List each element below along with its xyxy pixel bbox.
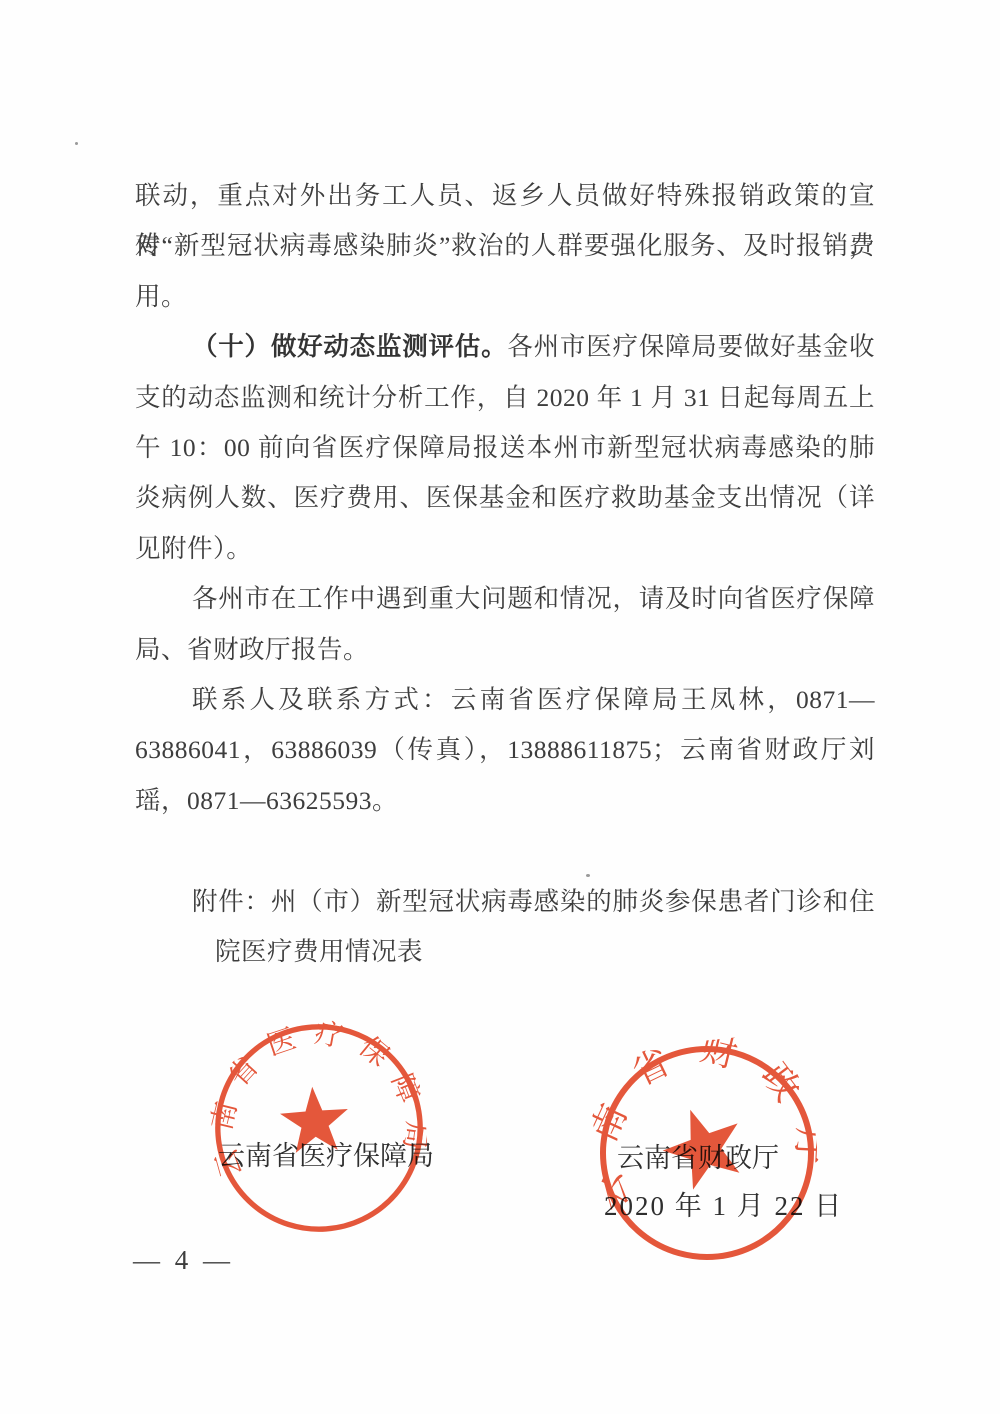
body-line: 炎病例人数、医疗费用、医保基金和医疗救助基金支出情况（详	[135, 473, 875, 523]
body-line-contacts: 联系人及联系方式：云南省医疗保障局王凤林，0871—	[135, 675, 875, 725]
body-text-block: 联动，重点对外出务工人员、返乡人员做好特殊报销政策的宣传， 对“新型冠状病毒感染…	[135, 171, 875, 826]
document-date: 2020 年 1 月 22 日	[604, 1184, 843, 1223]
scan-speck	[75, 142, 78, 145]
printed-agency-name-medical-bureau: 云南省医疗保障局	[218, 1134, 434, 1173]
body-line: 局、省财政厅报告。	[135, 625, 875, 675]
body-line: 各州市在工作中遇到重大问题和情况，请及时向省医疗保障	[135, 574, 875, 624]
attachment-note: 附件：州（市）新型冠状病毒感染的肺炎参保患者门诊和住 院医疗费用情况表	[135, 877, 875, 978]
body-line-contacts: 瑶，0871—63625593。	[135, 776, 875, 826]
page-number: — 4 —	[133, 1245, 234, 1276]
body-line-text: 各州市医疗保障局要做好基金收	[507, 332, 875, 361]
document-page: 联动，重点对外出务工人员、返乡人员做好特殊报销政策的宣传， 对“新型冠状病毒感染…	[0, 0, 1000, 1414]
body-line: 用。	[135, 272, 875, 322]
seal-medical-bureau: 云南省医疗保障局	[205, 1012, 434, 1244]
body-line-section-10: （十）做好动态监测评估。各州市医疗保障局要做好基金收	[135, 322, 875, 372]
attachment-line: 附件：州（市）新型冠状病毒感染的肺炎参保患者门诊和住	[135, 877, 875, 927]
body-line: 联动，重点对外出务工人员、返乡人员做好特殊报销政策的宣传，	[135, 171, 875, 221]
body-line-contacts: 63886041，63886039（传真），13888611875；云南省财政厅…	[135, 725, 875, 775]
body-line: 支的动态监测和统计分析工作，自 2020 年 1 月 31 日起每周五上	[135, 373, 875, 423]
seal-medical-bureau-graphic: 云南省医疗保障局	[205, 1012, 434, 1244]
section-heading: （十）做好动态监测评估。	[192, 332, 507, 361]
body-line: 对“新型冠状病毒感染肺炎”救治的人群要强化服务、及时报销费	[135, 221, 875, 271]
body-line: 午 10：00 前向省医疗保障局报送本州市新型冠状病毒感染的肺	[135, 423, 875, 473]
printed-agency-name-finance-department: 云南省财政厅	[617, 1136, 779, 1175]
attachment-line: 院医疗费用情况表	[135, 927, 875, 977]
body-line: 见附件）。	[135, 524, 875, 574]
